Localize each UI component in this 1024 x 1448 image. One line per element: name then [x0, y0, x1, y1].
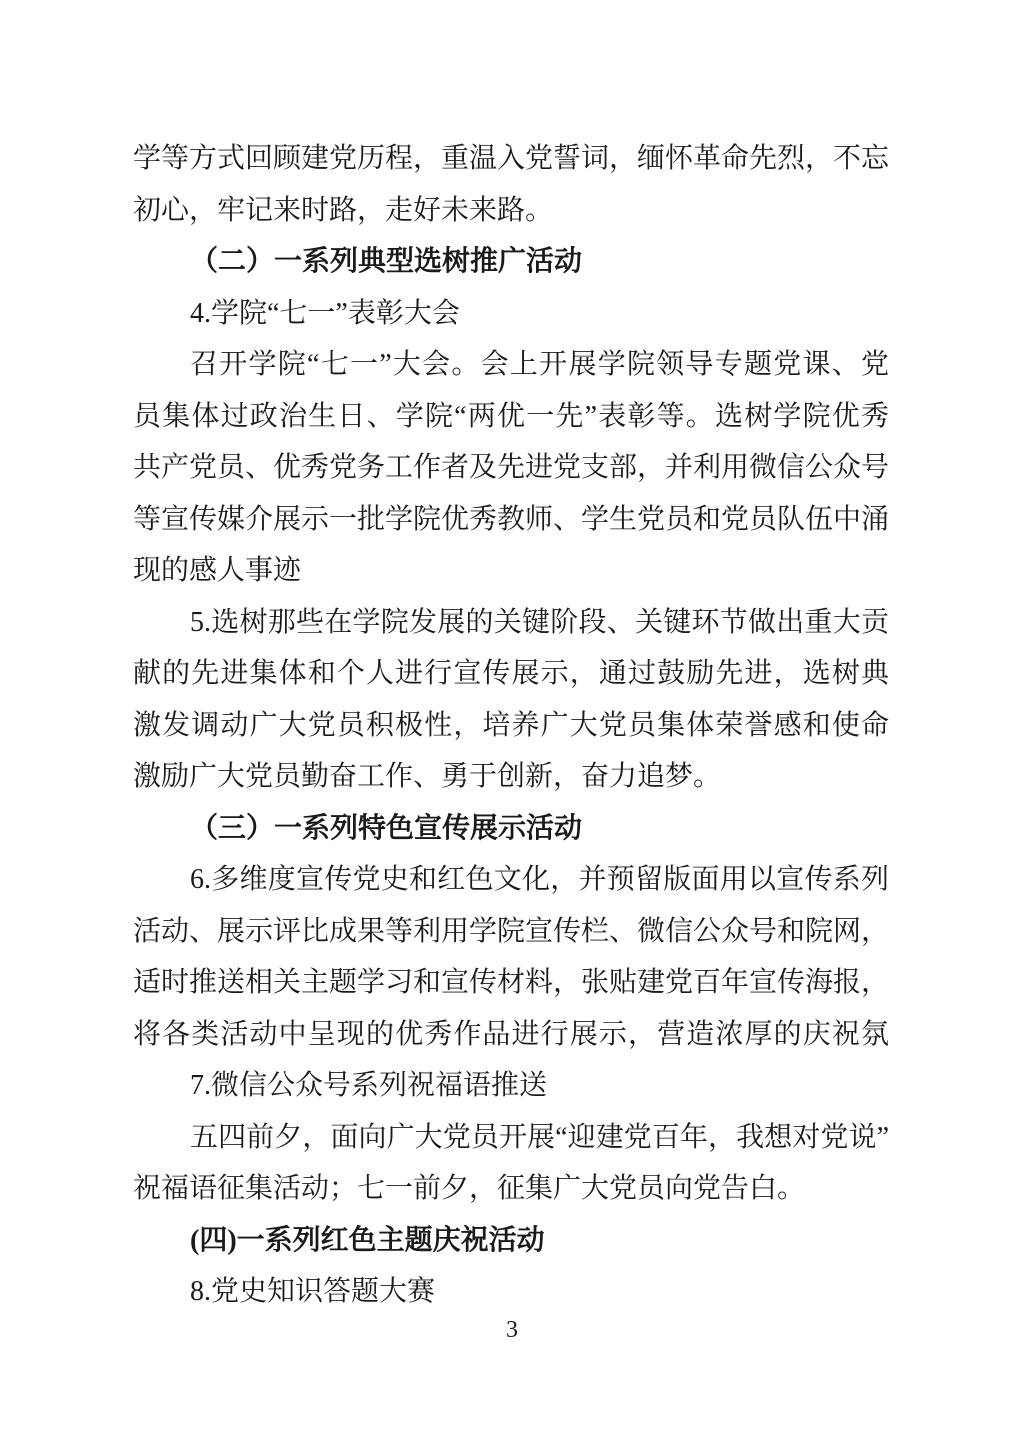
- text-line: （三）一系列特色宣传展示活动: [133, 803, 889, 855]
- text-line: （二）一系列典型选树推广活动: [133, 236, 889, 288]
- text-line: 祝福语征集活动；七一前夕，征集广大党员向党告白。: [133, 1163, 889, 1215]
- page-number: 3: [506, 1317, 518, 1343]
- para-item-6: 6.多维度宣传党史和红色文化，并预留版面用以宣传系列活动、展示评比成果等利用学院…: [133, 854, 889, 1060]
- text-line: 学等方式回顾建党历程，重温入党誓词，缅怀革命先烈，不忘: [133, 133, 889, 185]
- text-line: 激励广大党员勤奋工作、勇于创新，奋力追梦。: [133, 751, 889, 803]
- para-opening-continuation: 学等方式回顾建党历程，重温入党誓词，缅怀革命先烈，不忘初心，牢记来时路，走好未来…: [133, 133, 889, 236]
- text-line: 8.党史知识答题大赛: [133, 1266, 889, 1318]
- heading-section-2: （二）一系列典型选树推广活动: [133, 236, 889, 288]
- text-line: 活动、展示评比成果等利用学院宣传栏、微信公众号和院网，: [133, 906, 889, 958]
- text-line: 5.选树那些在学院发展的关键阶段、关键环节做出重大贡: [133, 597, 889, 649]
- text-line: 6.多维度宣传党史和红色文化，并预留版面用以宣传系列: [133, 854, 889, 906]
- item-8-title: 8.党史知识答题大赛: [133, 1266, 889, 1318]
- para-item-4-body: 召开学院“七一”大会。会上开展学院领导专题党课、党员集体过政治生日、学院“两优一…: [133, 339, 889, 597]
- text-line: 初心，牢记来时路，走好未来路。: [133, 185, 889, 237]
- text-line: 等宣传媒介展示一批学院优秀教师、学生党员和党员队伍中涌: [133, 494, 889, 546]
- text-line: 共产党员、优秀党务工作者及先进党支部，并利用微信公众号: [133, 442, 889, 494]
- document-page: 学等方式回顾建党历程，重温入党誓词，缅怀革命先烈，不忘初心，牢记来时路，走好未来…: [0, 0, 1024, 1448]
- text-line: 召开学院“七一”大会。会上开展学院领导专题党课、党: [133, 339, 889, 391]
- para-item-7-body: 五四前夕，面向广大党员开展“迎建党百年，我想对党说”祝福语征集活动；七一前夕，征…: [133, 1112, 889, 1215]
- text-line: 激发调动广大党员积极性，培养广大党员集体荣誉感和使命感，: [133, 700, 889, 752]
- page-footer: 3: [0, 1316, 1024, 1344]
- heading-section-3: （三）一系列特色宣传展示活动: [133, 803, 889, 855]
- text-line: 员集体过政治生日、学院“两优一先”表彰等。选树学院优秀: [133, 391, 889, 443]
- text-line: 将各类活动中呈现的优秀作品进行展示，营造浓厚的庆祝氛围。: [133, 1009, 889, 1061]
- text-line: 4.学院“七一”表彰大会: [133, 288, 889, 340]
- text-line: 五四前夕，面向广大党员开展“迎建党百年，我想对党说”: [133, 1112, 889, 1164]
- item-7-title: 7.微信公众号系列祝福语推送: [133, 1060, 889, 1112]
- para-item-5: 5.选树那些在学院发展的关键阶段、关键环节做出重大贡献的先进集体和个人进行宣传展…: [133, 597, 889, 803]
- text-line: 现的感人事迹: [133, 545, 889, 597]
- heading-section-4: (四)一系列红色主题庆祝活动: [133, 1215, 889, 1267]
- text-line: 7.微信公众号系列祝福语推送: [133, 1060, 889, 1112]
- document-body: 学等方式回顾建党历程，重温入党誓词，缅怀革命先烈，不忘初心，牢记来时路，走好未来…: [133, 133, 889, 1318]
- text-line: (四)一系列红色主题庆祝活动: [133, 1215, 889, 1267]
- text-line: 献的先进集体和个人进行宣传展示，通过鼓励先进，选树典型，: [133, 648, 889, 700]
- text-line: 适时推送相关主题学习和宣传材料，张贴建党百年宣传海报，: [133, 957, 889, 1009]
- item-4-title: 4.学院“七一”表彰大会: [133, 288, 889, 340]
